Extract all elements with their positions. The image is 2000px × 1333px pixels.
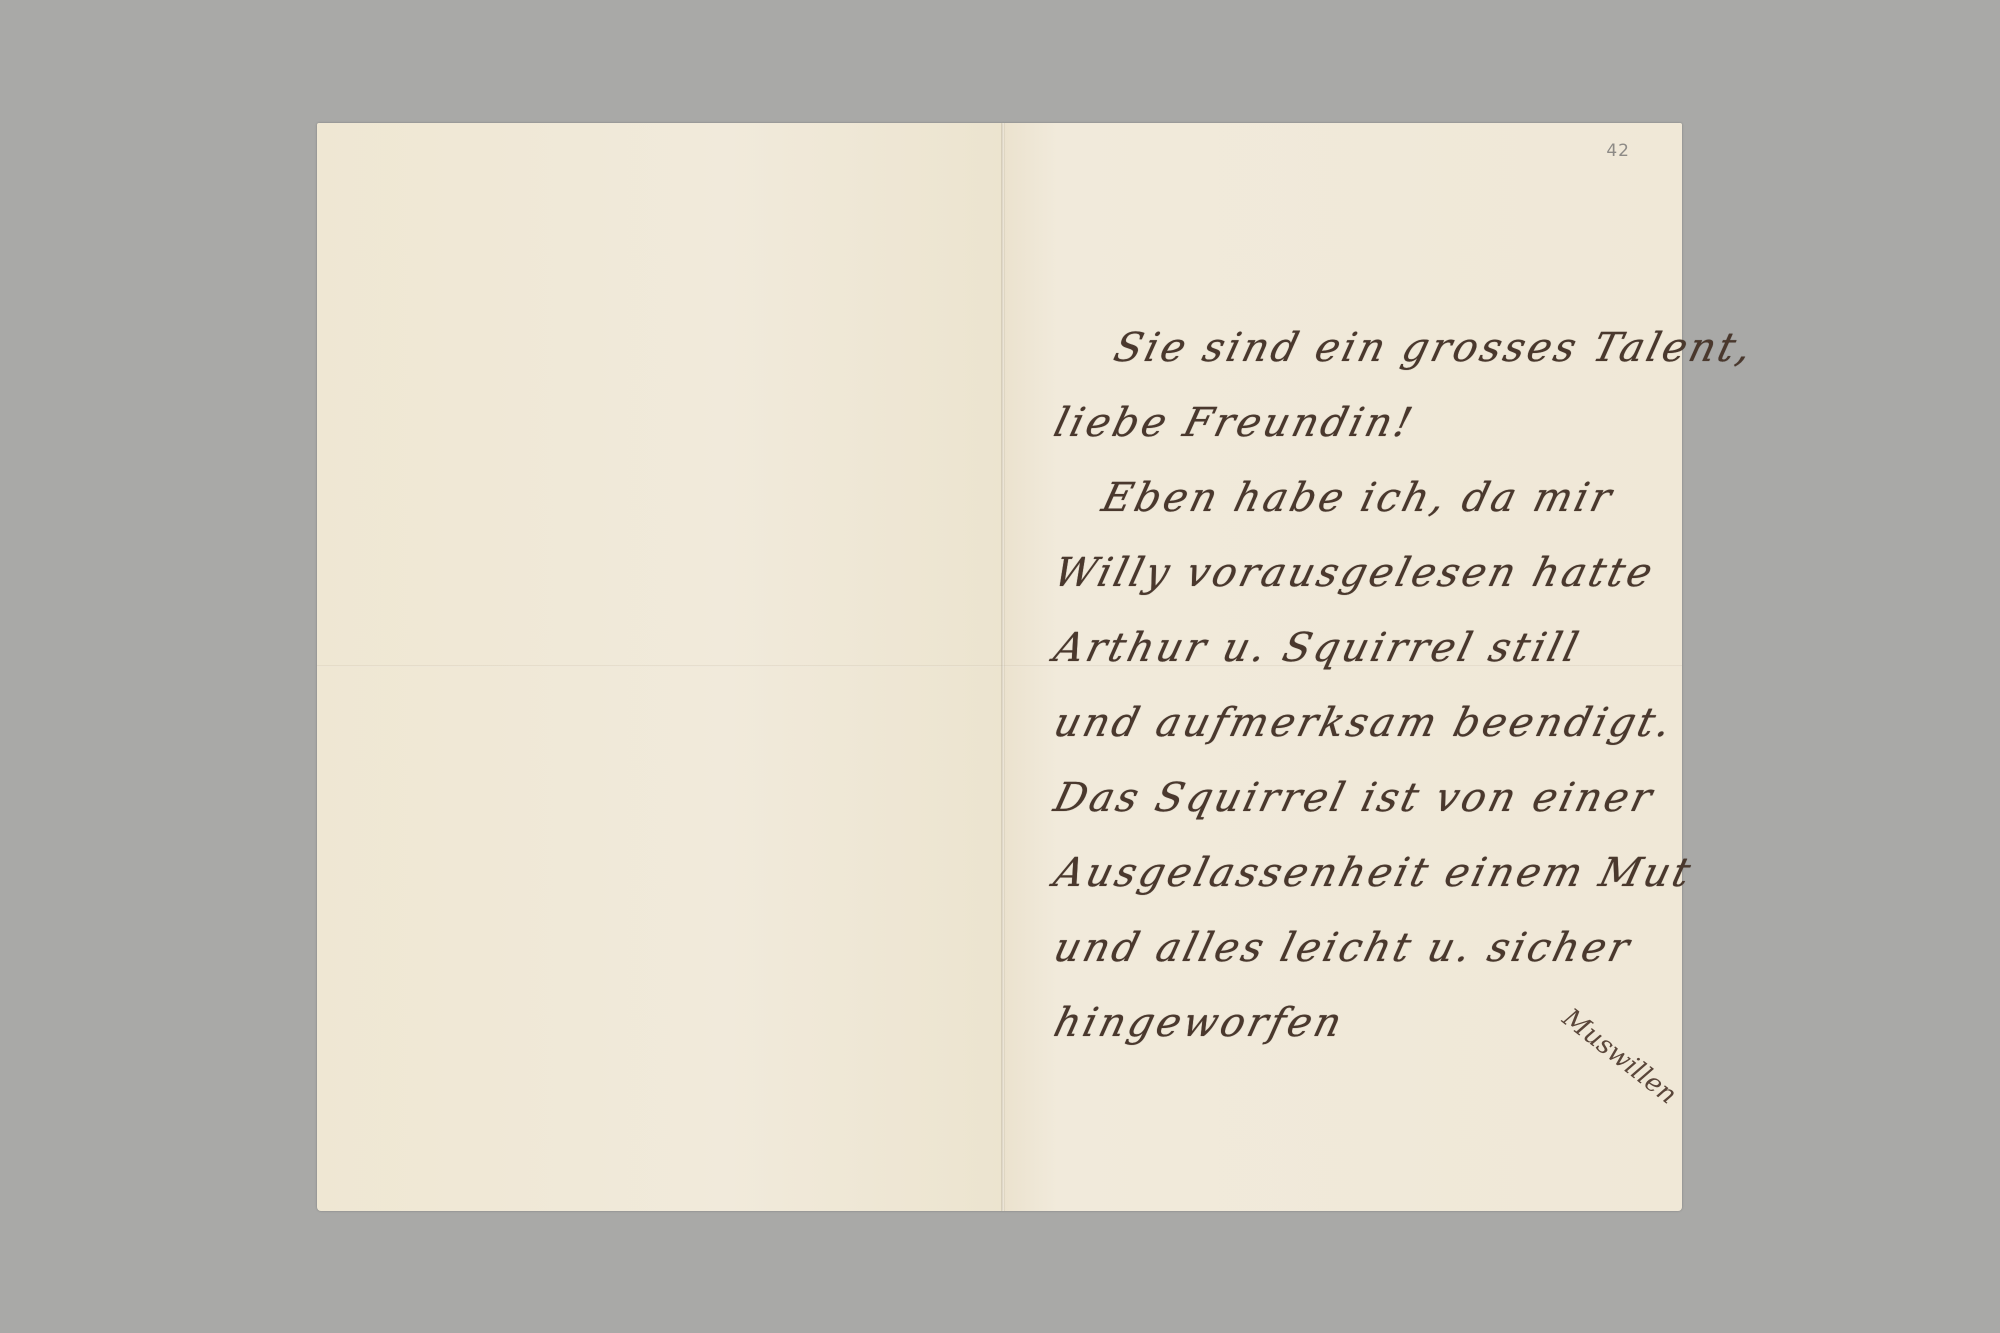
left-page-blank [317,123,1003,1211]
text-line: Das Squirrel ist von einer [1046,761,1665,836]
letter-sheet: 42 Sie sind ein grosses Talent, liebe Fr… [317,123,1682,1211]
handwritten-text: Sie sind ein grosses Talent, liebe Freun… [1055,311,1655,1061]
horizontal-fold-line [317,665,1003,667]
text-line: Arthur u. Squirrel still [1046,611,1665,686]
center-fold-spine [1001,123,1005,1211]
text-line: und aufmerksam beendigt. [1046,686,1665,761]
text-line: Ausgelassenheit einem Mut [1046,836,1665,911]
text-line: und alles leicht u. sicher [1046,911,1665,986]
right-page: 42 Sie sind ein grosses Talent, liebe Fr… [1003,123,1682,1211]
text-line: Eben habe ich, da mir [1046,461,1665,536]
text-line: Sie sind ein grosses Talent, [1046,311,1665,386]
text-line: Willy vorausgelesen hatte [1046,536,1665,611]
text-line: liebe Freundin! [1046,386,1665,461]
folio-number: 42 [1606,141,1630,161]
